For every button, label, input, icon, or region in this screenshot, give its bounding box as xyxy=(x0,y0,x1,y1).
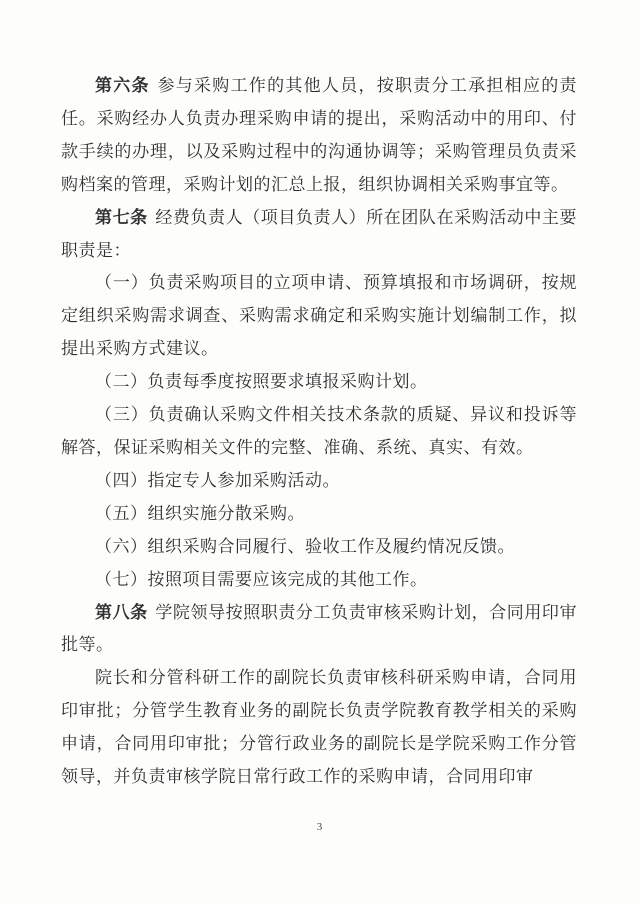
list-item-5: （五）组织实施分散采购。 xyxy=(61,498,577,531)
list-item-1: （一）负责采购项目的立项申请、预算填报和市场调研，按规定组织采购需求调查、采购需… xyxy=(61,267,577,366)
list-item-3: （三）负责确认采购文件相关技术条款的质疑、异议和投诉等解答，保证采购相关文件的完… xyxy=(61,399,577,465)
list-item-7: （七）按照项目需要应该完成的其他工作。 xyxy=(61,564,577,597)
article-6-number: 第六条 xyxy=(95,76,150,95)
page-number: 3 xyxy=(0,821,639,833)
document-body: 第六条参与采购工作的其他人员，按职责分工承担相应的责任。采购经办人负责办理采购申… xyxy=(61,70,577,794)
paragraph-leaders-duties: 院长和分管科研工作的副院长负责审核科研采购申请，合同用印审批；分管学生教育业务的… xyxy=(61,662,577,794)
list-item-6: （六）组织采购合同履行、验收工作及履约情况反馈。 xyxy=(61,531,577,564)
document-page: 第六条参与采购工作的其他人员，按职责分工承担相应的责任。采购经办人负责办理采购申… xyxy=(0,0,639,904)
list-item-2: （二）负责每季度按照要求填报采购计划。 xyxy=(61,366,577,399)
paragraph-article-8: 第八条学院领导按照职责分工负责审核采购计划，合同用印审批等。 xyxy=(61,597,577,663)
paragraph-article-6: 第六条参与采购工作的其他人员，按职责分工承担相应的责任。采购经办人负责办理采购申… xyxy=(61,70,577,202)
article-8-number: 第八条 xyxy=(95,603,148,622)
article-7-number: 第七条 xyxy=(95,208,148,227)
list-item-4: （四）指定专人参加采购活动。 xyxy=(61,465,577,498)
paragraph-article-7-intro: 第七条经费负责人（项目负责人）所在团队在采购活动中主要职责是： xyxy=(61,202,577,268)
